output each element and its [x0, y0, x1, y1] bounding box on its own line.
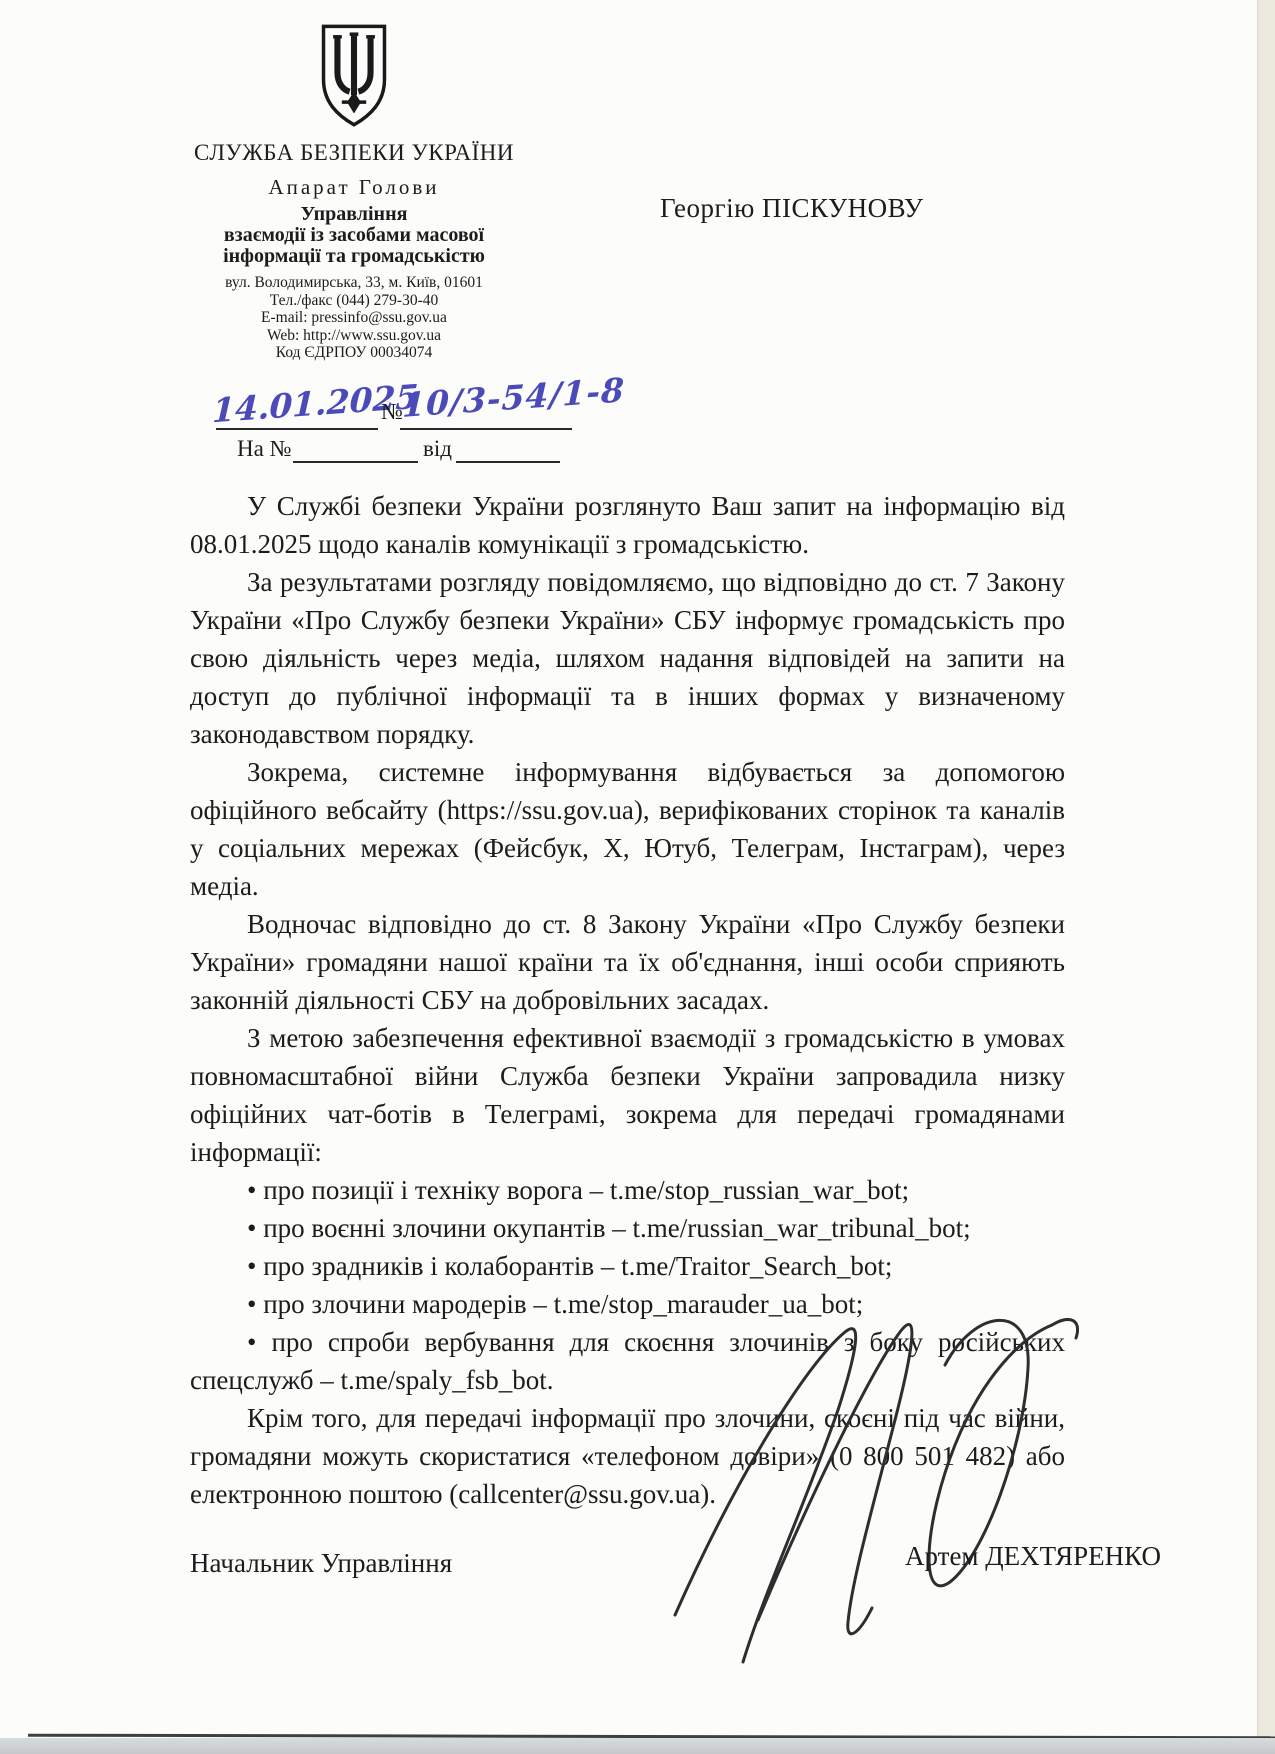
from-label: від — [423, 436, 452, 462]
number-sign: № — [381, 399, 403, 425]
scan-page-bottom-shadow — [0, 1738, 1275, 1754]
scanned-letter-page: СЛУЖБА БЕЗПЕКИ УКРАЇНИ Апарат Голови Упр… — [0, 0, 1275, 1754]
department-line: інформації та громадськістю — [178, 246, 530, 267]
signature-scribble — [600, 1270, 1160, 1690]
address-line: Код ЄДРПОУ 00034074 — [178, 344, 530, 362]
address-line: вул. Володимирська, 33, м. Київ, 01601 — [178, 274, 530, 292]
address-line: E-mail: pressinfo@ssu.gov.ua — [178, 309, 530, 327]
addressee-name: Георгію ПІСКУНОВУ — [660, 193, 924, 224]
department-name: Управління взаємодії із засобами масової… — [178, 204, 530, 267]
paragraph: За результатами розгляду повідомляємо, щ… — [190, 563, 1065, 753]
date-underline — [216, 428, 378, 430]
ukraine-tryzub-emblem-icon — [310, 22, 398, 130]
paragraph: З метою забезпечення ефективної взаємоді… — [190, 1019, 1065, 1171]
signer-name: Артем ДЕХТЯРЕНКО — [905, 1541, 1161, 1572]
address-block: вул. Володимирська, 33, м. Київ, 01601 Т… — [178, 274, 530, 362]
paragraph: Водночас відповідно до ст. 8 Закону Укра… — [190, 905, 1065, 1019]
chatbot-list-item: про воєнні злочини окупантів – t.me/russ… — [190, 1209, 1065, 1247]
paragraph: У Службі безпеки України розглянуто Ваш … — [190, 487, 1065, 563]
department-line: взаємодії із засобами масової — [178, 225, 530, 246]
chatbot-list-item: про позиції і техніку ворога – t.me/stop… — [190, 1171, 1065, 1209]
address-line: Тел./факс (044) 279-30-40 — [178, 292, 530, 310]
reply-to-underline — [293, 461, 418, 463]
address-line: Web: http://www.ssu.gov.ua — [178, 327, 530, 345]
number-underline — [400, 428, 572, 430]
paragraph: Зокрема, системне інформування відбуваєт… — [190, 753, 1065, 905]
org-name: СЛУЖБА БЕЗПЕКИ УКРАЇНИ — [178, 140, 530, 166]
signer-position-title: Начальник Управління — [190, 1548, 452, 1579]
from-underline — [456, 461, 560, 463]
sub-org-name: Апарат Голови — [178, 175, 530, 200]
letterhead: СЛУЖБА БЕЗПЕКИ УКРАЇНИ Апарат Голови Упр… — [178, 22, 530, 362]
department-line: Управління — [178, 204, 530, 225]
reply-to-label: На № — [237, 436, 292, 462]
scan-page-right-edge — [1257, 0, 1275, 1754]
handwritten-outgoing-number: 10/3-54/1-8 — [402, 370, 626, 425]
